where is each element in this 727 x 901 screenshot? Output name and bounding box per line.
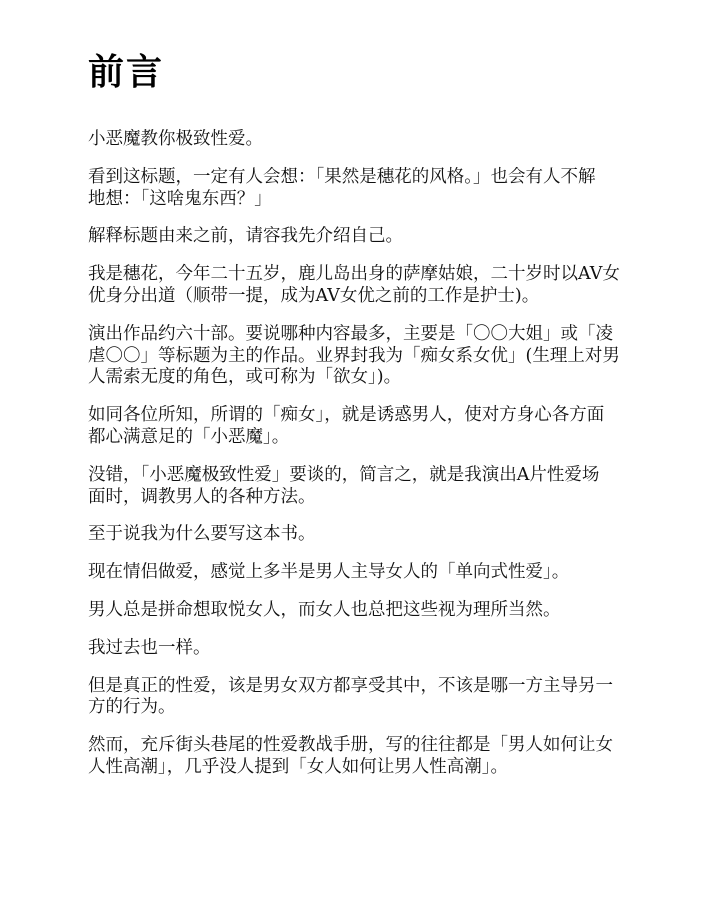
paragraph: 然而，充斥街头巷尾的性爱教战手册，写的往往都是「男人如何让女 人性高潮」，几乎没… bbox=[88, 735, 620, 779]
paragraph: 至于说我为什么要写这本书。 bbox=[88, 524, 620, 546]
paragraph: 小恶魔教你极致性爱。 bbox=[88, 129, 620, 151]
page-content: 前言 小恶魔教你极致性爱。 看到这标题，一定有人会想：「果然是穗花的风格。」也会… bbox=[88, 51, 620, 795]
paragraph: 但是真正的性爱，该是男女双方都享受其中，不该是哪一方主导另一 方的行为。 bbox=[88, 676, 620, 720]
paragraph: 看到这标题，一定有人会想：「果然是穗花的风格。」也会有人不解 地想：「这啥鬼东西… bbox=[88, 167, 620, 211]
paragraph: 解释标题由来之前，请容我先介绍自己。 bbox=[88, 226, 620, 248]
paragraph: 现在情侣做爱，感觉上多半是男人主导女人的「单向式性爱」。 bbox=[88, 562, 620, 584]
paragraph: 如同各位所知，所谓的「痴女」，就是诱惑男人，使对方身心各方面 都心满意足的「小恶… bbox=[88, 405, 620, 449]
paragraph: 演出作品约六十部。要说哪种内容最多，主要是「〇〇大姐」或「凌 虐〇〇」等标题为主… bbox=[88, 324, 620, 389]
book-page: 前言 小恶魔教你极致性爱。 看到这标题，一定有人会想：「果然是穗花的风格。」也会… bbox=[0, 0, 727, 901]
paragraph: 没错，「小恶魔极致性爱」要谈的，简言之，就是我演出A片性爱场 面时，调教男人的各… bbox=[88, 465, 620, 509]
paragraph: 我是穗花，今年二十五岁，鹿儿岛出身的萨摩姑娘，二十岁时以AV女 优身分出道（顺带… bbox=[88, 264, 620, 308]
paragraph: 我过去也一样。 bbox=[88, 638, 620, 660]
page-title: 前言 bbox=[88, 51, 620, 93]
paragraph: 男人总是拼命想取悦女人，而女人也总把这些视为理所当然。 bbox=[88, 600, 620, 622]
